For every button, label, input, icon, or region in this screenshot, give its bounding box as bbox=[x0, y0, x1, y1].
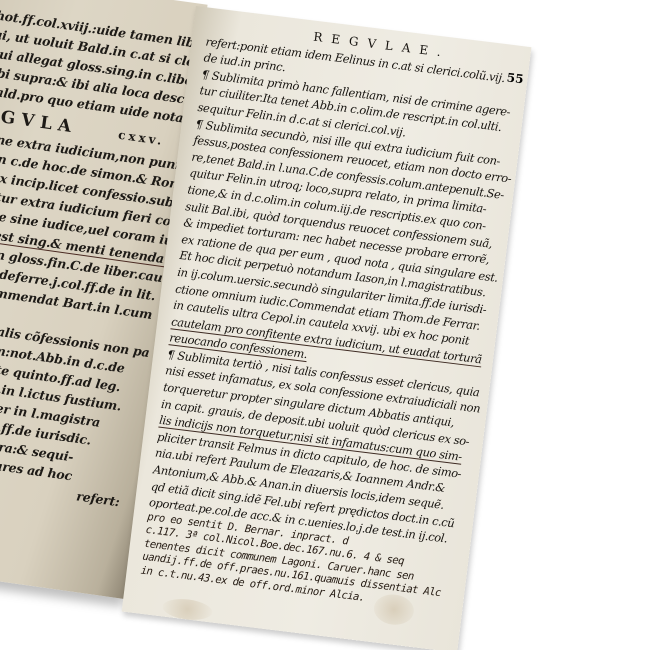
paper-stain bbox=[161, 596, 213, 622]
rule-number: cxxv. bbox=[117, 128, 165, 148]
right-page: 55 REGVLAE. refert:ponit etiam idem Eeli… bbox=[122, 6, 532, 650]
book-photo: hot.ff.col.xviij.:uide tamen lib. ui, ut… bbox=[0, 0, 650, 650]
right-page-text: REGVLAE. refert:ponit etiam idem Eelinus… bbox=[140, 16, 517, 616]
